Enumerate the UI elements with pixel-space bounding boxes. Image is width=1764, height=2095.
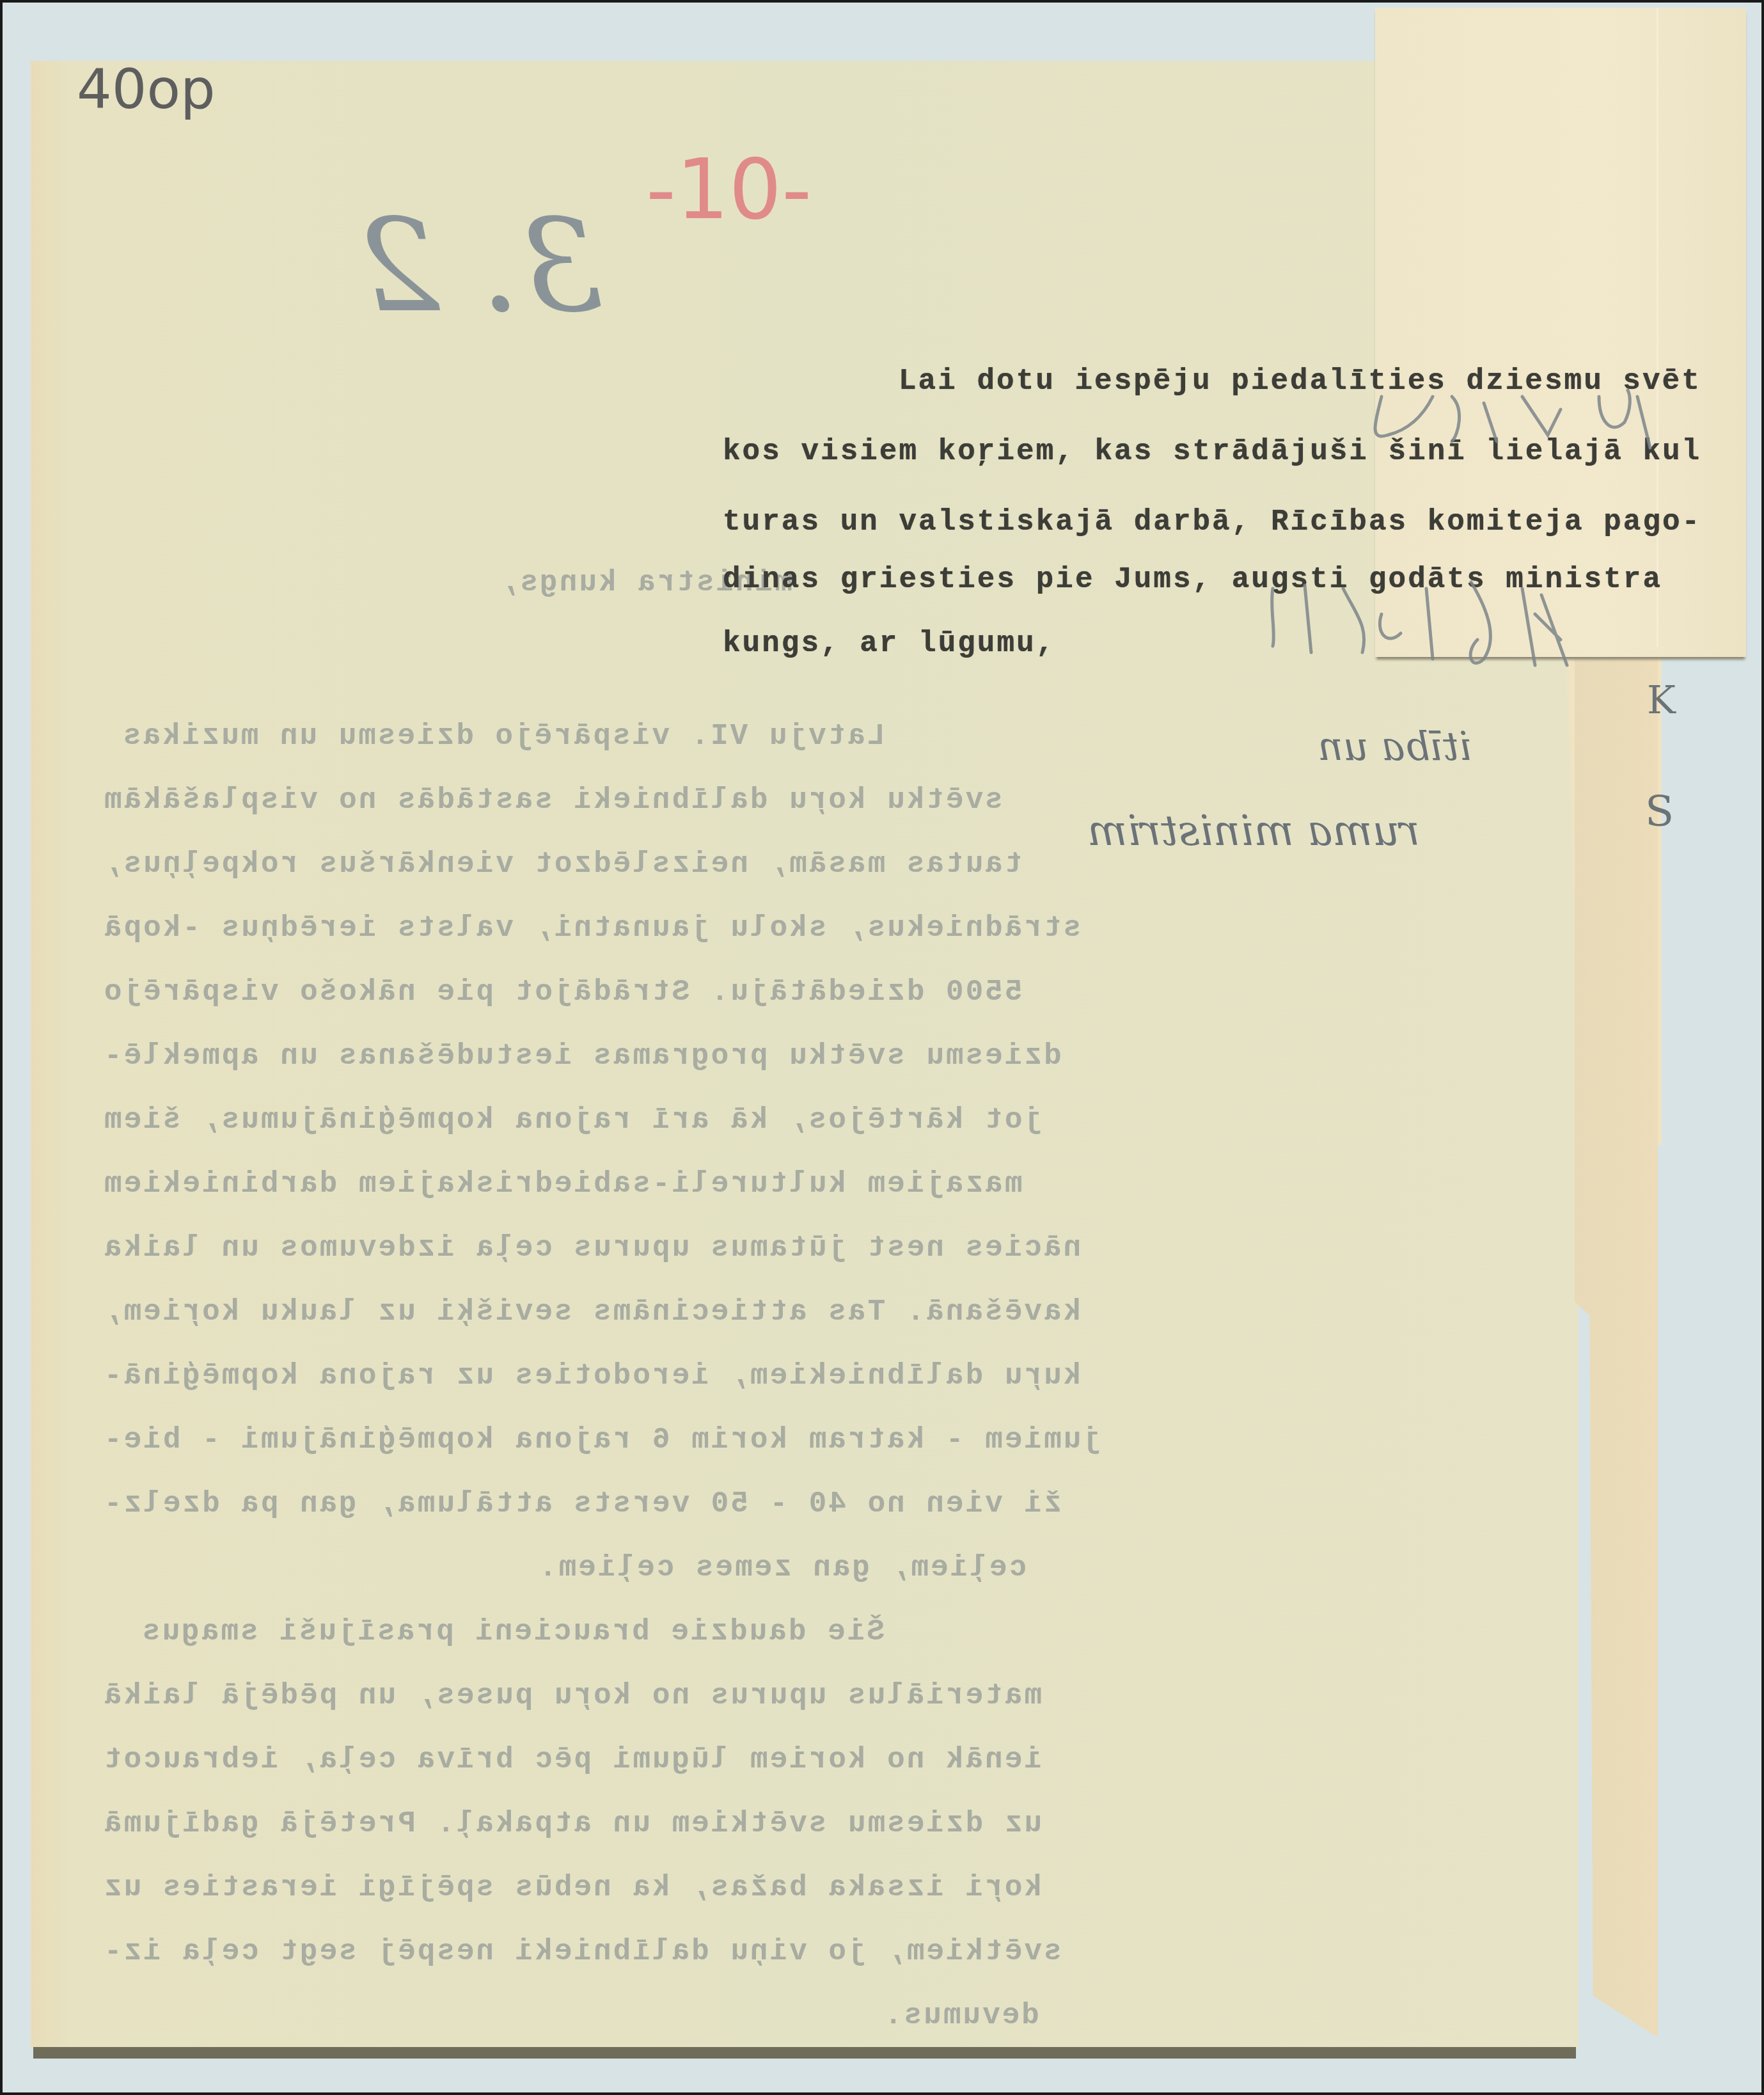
red-pencil-mark: -10- bbox=[646, 141, 812, 238]
bleed-line-11: kuŗu dalībniekiem, ierodoties uz rajona … bbox=[102, 1359, 1081, 1393]
bleed-line-12: jumiem - katram korim 6 rajona kopmēģinā… bbox=[102, 1423, 1101, 1457]
margin-note-1: itība un bbox=[1318, 723, 1472, 770]
bleed-line-3: tautas masām, neizslēdzot vienkāršus rok… bbox=[102, 848, 1022, 881]
letter-line-1: Lai dotu iespēju piedalīties dziesmu svē… bbox=[899, 365, 1701, 398]
right-paper-strip bbox=[1575, 649, 1658, 2037]
bleed-line-9: nācies nest jūtamus upurus ceļa izdevumo… bbox=[102, 1231, 1081, 1265]
folio-number: 40op bbox=[77, 58, 216, 122]
letter-line-4: dinas griesties pie Jums, augsti godāts … bbox=[723, 563, 1662, 596]
letter-line-3: turas un valstiskajā darbā, Rīcības komi… bbox=[723, 505, 1701, 539]
bleed-line-10: kavēšanā. Tas attiecināms sevišķi uz lau… bbox=[102, 1295, 1081, 1329]
bleed-line-13: ži vien no 40 - 50 versts attāluma, gan … bbox=[102, 1487, 1062, 1521]
paper-fold-line bbox=[1657, 8, 1658, 647]
bleed-line-5: 5500 dziedātāju. Strādājot pie nākošo vi… bbox=[102, 976, 1022, 1009]
letter-line-2: kos visiem koŗiem, kas strādājuši šinī l… bbox=[723, 435, 1701, 468]
bleed-line-16: materiālus upurus no koŗu puses, un pēdē… bbox=[102, 1679, 1042, 1712]
pencil-mark: 3. 2 bbox=[358, 192, 602, 341]
edge-mark-s: S bbox=[1645, 787, 1674, 836]
bleed-line-8: mazajiem kultureli-sabiedriskajiem darbi… bbox=[102, 1167, 1022, 1201]
bleed-line-20: svētkiem, jo viņu dalībnieki nespēj segt… bbox=[102, 1935, 1062, 1968]
bleed-line-1: Latvju VI. vispārējo dziesmu un muzikas bbox=[122, 720, 885, 753]
bleed-line-17: ienāk no koriem lūgumi pēc brīva ceļa, i… bbox=[102, 1743, 1042, 1776]
bleed-line-2: svētku koŗu dalībnieki sastādās no vispl… bbox=[102, 784, 1003, 817]
edge-mark-k: K bbox=[1647, 678, 1676, 723]
letter-line-5: kungs, ar lūgumu, bbox=[723, 627, 1055, 660]
bleed-line-4: strādniekus, skolu jaunatni, valsts ierē… bbox=[102, 912, 1081, 945]
margin-note-2: ruma ministrim bbox=[1087, 806, 1420, 855]
bleed-line-21: devumus. bbox=[883, 1999, 1039, 2032]
bleed-line-14: ceļiem, gan zemes ceļiem. bbox=[537, 1551, 1027, 1585]
bleed-line-15: Šie daudzie braucieni prasījuši smagus bbox=[141, 1615, 885, 1648]
bleed-line-7: jot kārtējos, kā arī rajona kopmēģinājum… bbox=[102, 1103, 1042, 1137]
bleed-line-19: koŗi izsaka bažas, ka nebūs spējīgi iera… bbox=[102, 1871, 1042, 1904]
overlapping-top-sheet bbox=[1375, 8, 1746, 657]
bleed-line-18: uz dziesmu svētkiem un atpakaļ. Pretējā … bbox=[102, 1807, 1042, 1840]
bleed-line-6: dziesmu svētku programas iestudēšanas un… bbox=[102, 1040, 1062, 1073]
